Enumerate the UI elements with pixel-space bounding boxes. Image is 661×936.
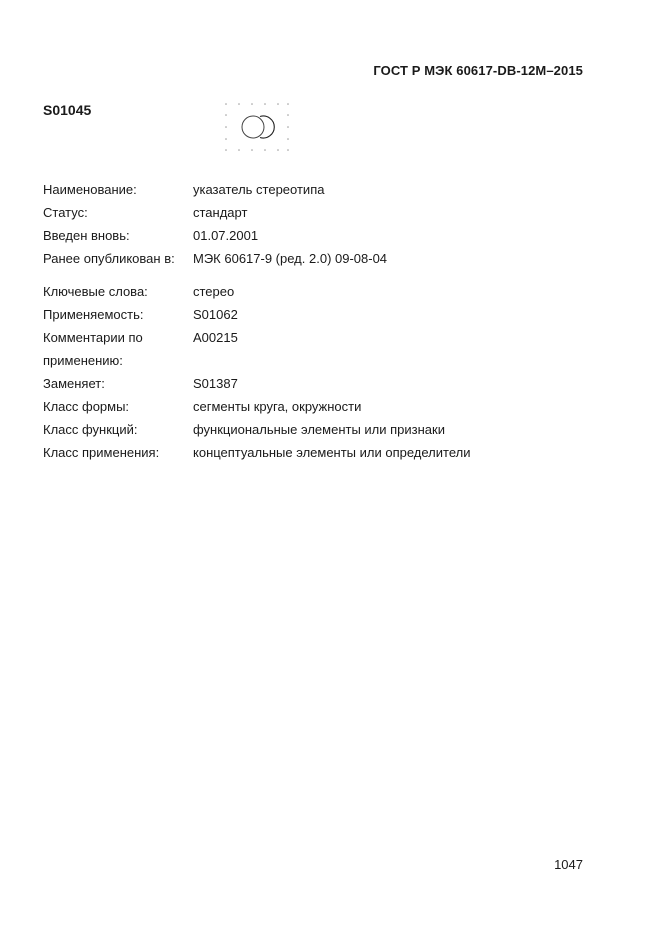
property-row-previously-published: Ранее опубликован в: МЭК 60617-9 (ред. 2… [43,250,563,273]
dot-grid [225,103,289,151]
property-label: Ранее опубликован в: [43,247,193,273]
property-row-application-notes: Комментарии по применению: A00215 [43,329,563,375]
page-number: 1047 [540,857,583,872]
property-label: Комментарии по применению: [43,326,173,375]
document-standard-header: ГОСТ Р МЭК 60617-DB-12M–2015 [330,63,583,78]
property-row-application-class: Класс применения: концептуальные элемент… [43,444,563,467]
property-value: МЭК 60617-9 (ред. 2.0) 09-08-04 [193,247,563,273]
symbol-properties-table: Наименование: указатель стереотипа Стату… [43,181,563,467]
symbol-id: S01045 [43,102,91,118]
property-value: A00215 [193,326,563,375]
property-label: Класс применения: [43,441,193,467]
two-overlapping-circles-icon [222,98,294,154]
property-value: концептуальные элементы или определители [193,441,563,467]
